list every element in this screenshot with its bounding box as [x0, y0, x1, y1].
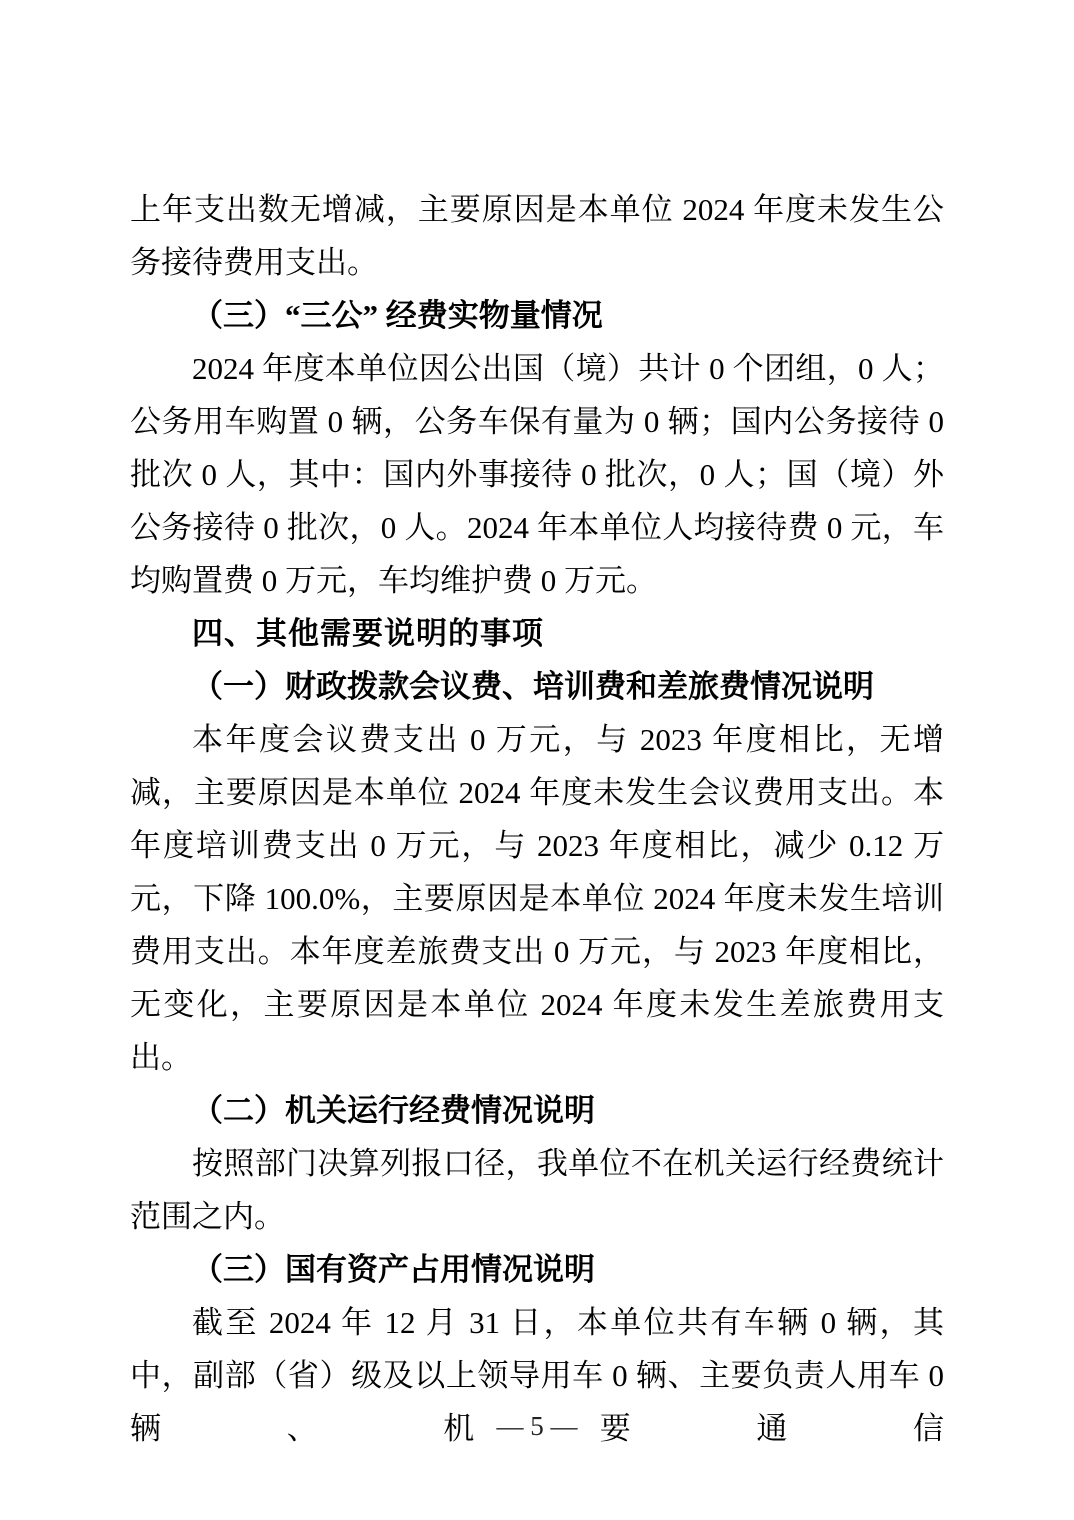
- heading-section-four-other-matters: 四、其他需要说明的事项: [130, 607, 944, 660]
- paragraph-agency-operating-funds-details: 按照部门决算列报口径，我单位不在机关运行经费统计范围之内。: [130, 1137, 944, 1243]
- heading-three-state-owned-assets: （三）国有资产占用情况说明: [130, 1243, 944, 1296]
- continued-paragraph-official-reception: 上年支出数无增减，主要原因是本单位 2024 年度未发生公务接待费用支出。: [130, 183, 944, 289]
- heading-three-public-expense-physical-quantity: （三）“三公” 经费实物量情况: [130, 289, 944, 342]
- heading-two-agency-operating-funds: （二）机关运行经费情况说明: [130, 1084, 944, 1137]
- document-page: 上年支出数无增减，主要原因是本单位 2024 年度未发生公务接待费用支出。 （三…: [0, 0, 1074, 1520]
- heading-one-meeting-training-travel-fees: （一）财政拨款会议费、培训费和差旅费情况说明: [130, 660, 944, 713]
- page-number: — 5 —: [0, 1411, 1074, 1442]
- document-body: 上年支出数无增减，主要原因是本单位 2024 年度未发生公务接待费用支出。 （三…: [130, 183, 944, 1455]
- paragraph-three-public-expense-details: 2024 年度本单位因公出国（境）共计 0 个团组，0 人；公务用车购置 0 辆…: [130, 342, 944, 607]
- paragraph-meeting-training-travel-details: 本年度会议费支出 0 万元，与 2023 年度相比，无增减，主要原因是本单位 2…: [130, 713, 944, 1084]
